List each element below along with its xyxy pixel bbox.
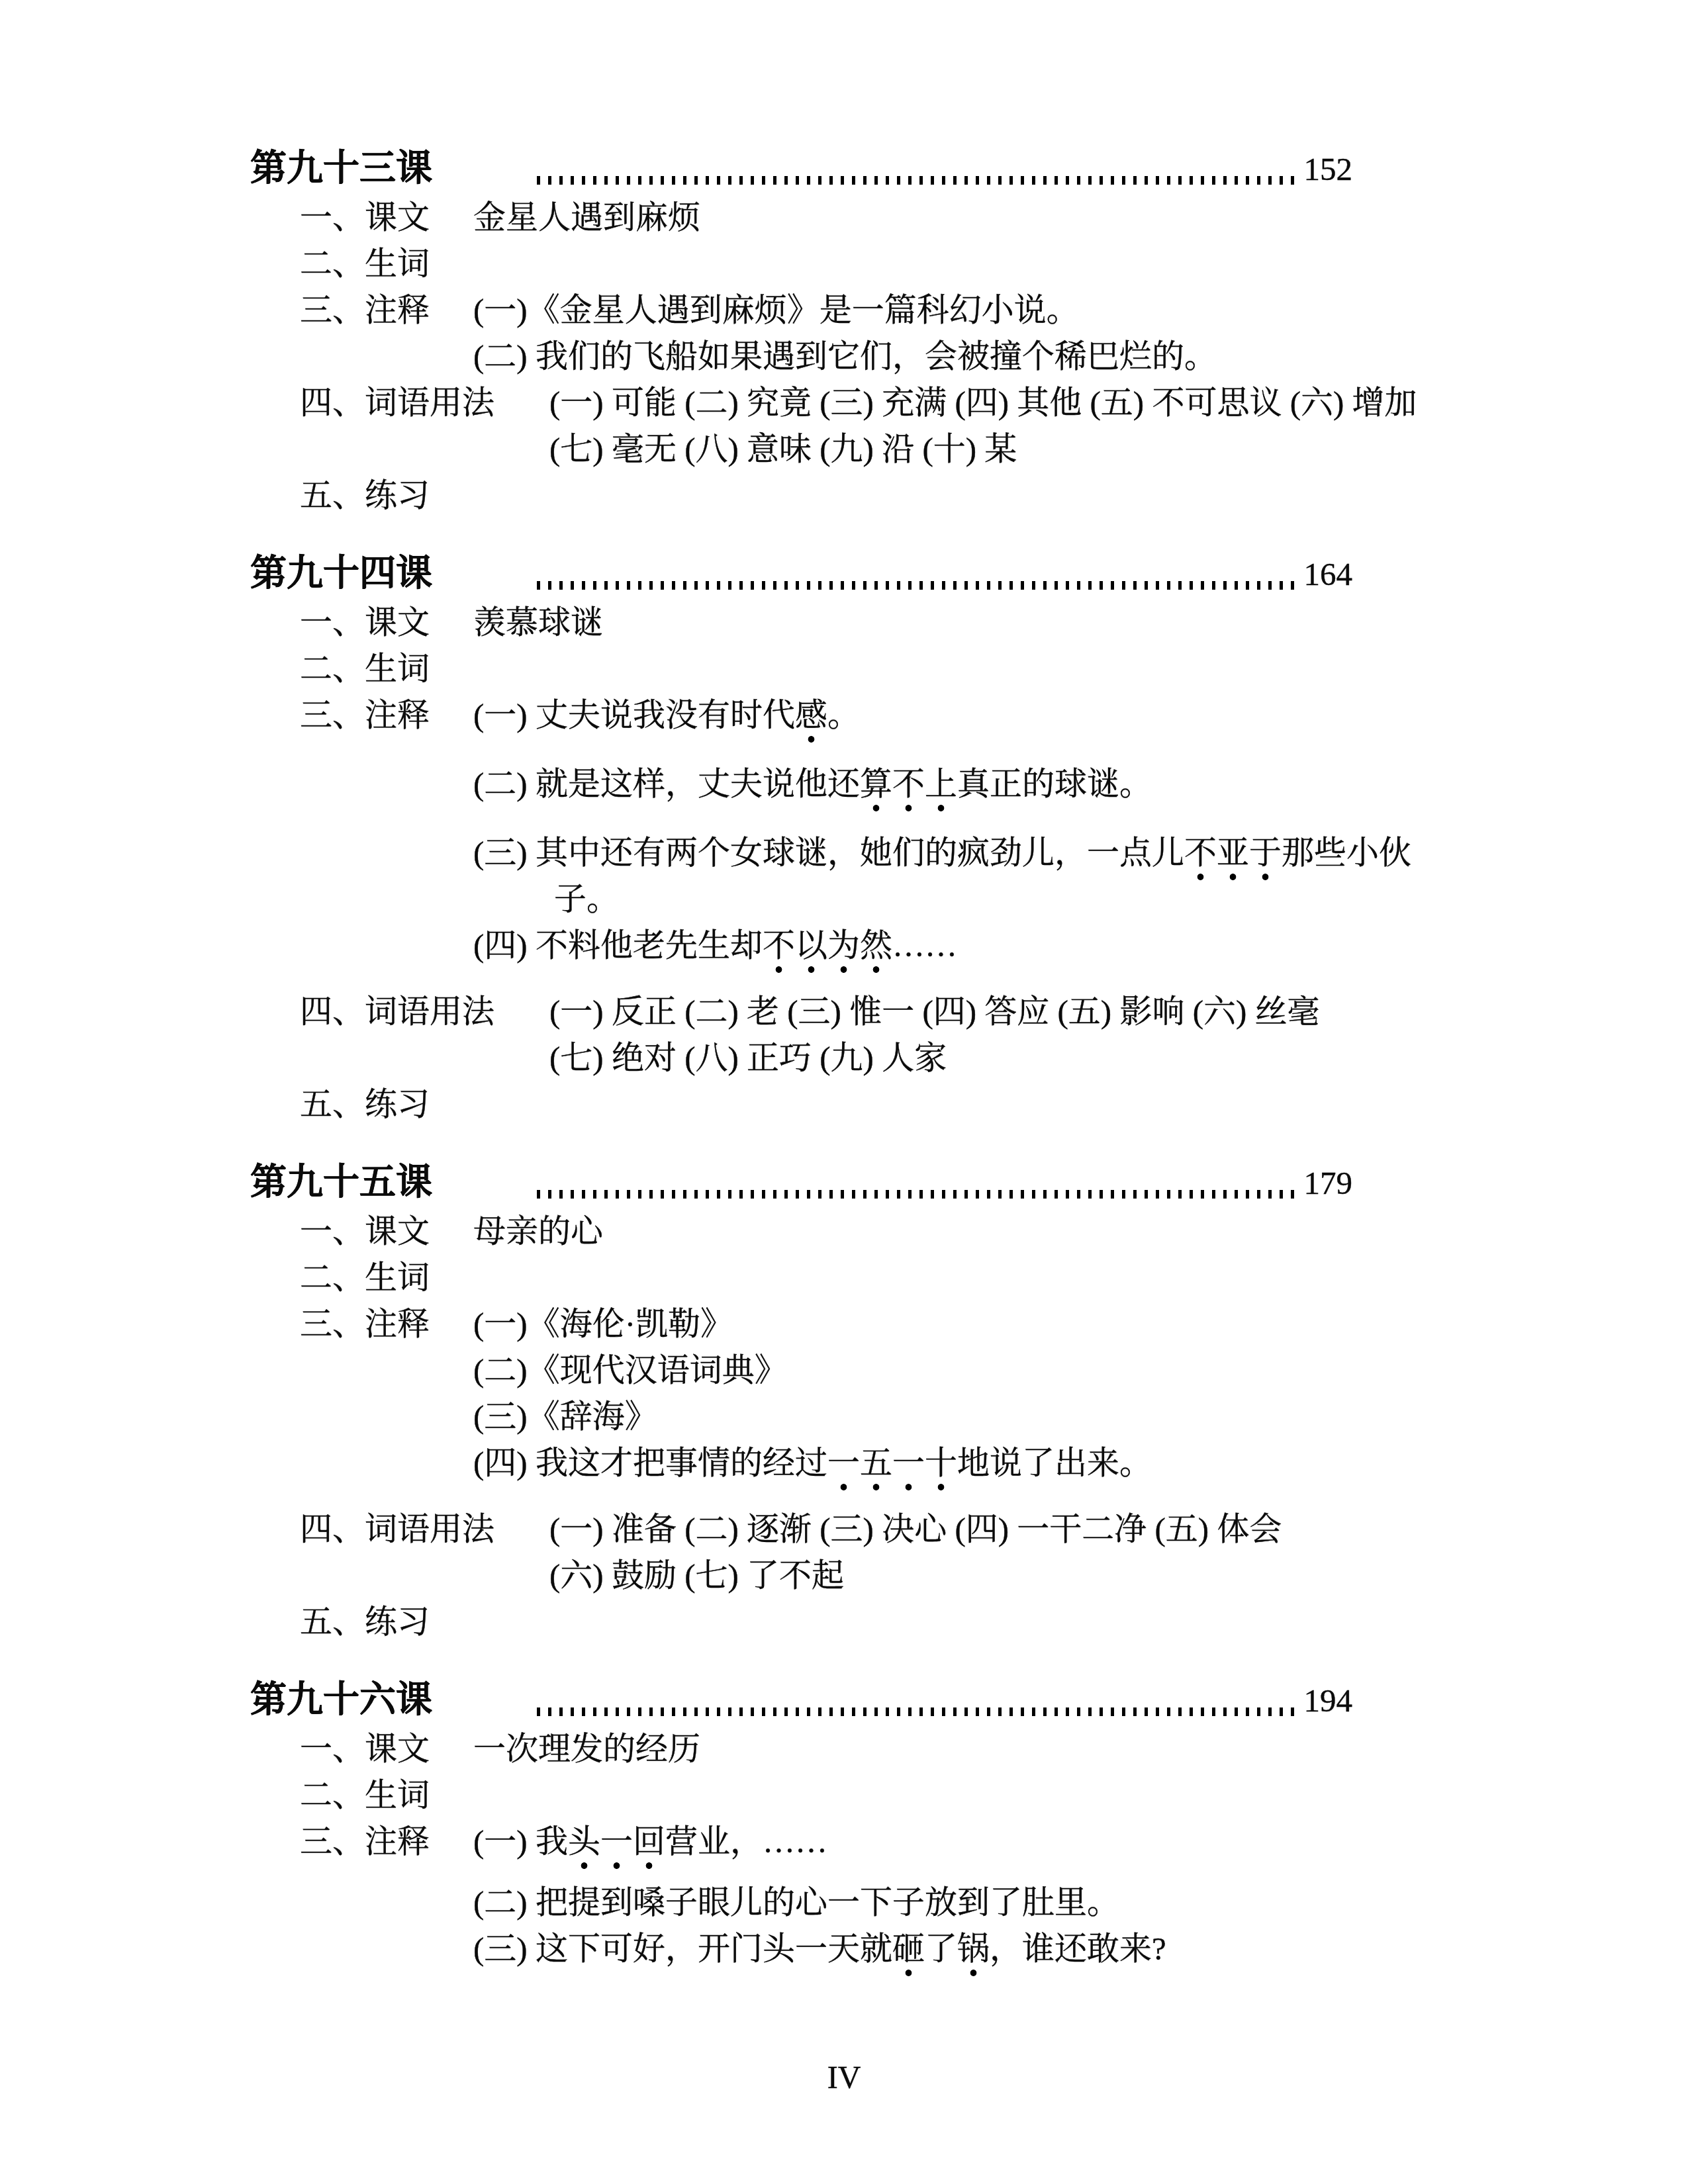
lesson-number-title: 第九十五课 bbox=[250, 1157, 432, 1207]
emphasis-dots: 砸 bbox=[892, 1931, 925, 1979]
lesson-page-ref: 179 bbox=[1304, 1158, 1353, 1208]
lesson-page-ref: 164 bbox=[1304, 549, 1353, 600]
note-line: (二) 就是这样，丈夫说他还算不上真正的球谜。 bbox=[473, 761, 1411, 807]
lesson-number-title: 第九十四课 bbox=[250, 548, 432, 598]
lesson-heading: 第九十四课164 bbox=[250, 548, 1352, 600]
item-lines: (一) 丈夫说我没有时代感。(二) 就是这样，丈夫说他还算不上真正的球谜。(三)… bbox=[473, 692, 1411, 969]
emphasis-dots: 锅 bbox=[957, 1931, 990, 1979]
toc-page: 第九十三课152一、课文金星人遇到麻烦二、生词三、注释(一)《金星人遇到麻烦》是… bbox=[0, 0, 1688, 2184]
item-label: 三、注释 bbox=[300, 287, 473, 334]
words-line: (一) 反正 (二) 老 (三) 惟一 (四) 答应 (五) 影响 (六) 丝毫 bbox=[549, 989, 1320, 1035]
note-line: (四) 我这才把事情的经过一五一十地说了出来。 bbox=[473, 1440, 1152, 1486]
dotted-leader bbox=[537, 581, 1294, 590]
note-line: (一) 我头一回营业，…… bbox=[473, 1819, 1166, 1865]
emphasis-dots: 感 bbox=[795, 697, 827, 745]
item-label: 五、练习 bbox=[300, 1081, 473, 1128]
toc-item: 二、生词 bbox=[300, 646, 1415, 692]
words-line: (一) 准备 (二) 逐渐 (三) 决心 (四) 一干二净 (五) 体会 bbox=[549, 1506, 1282, 1553]
item-lines: (一)《海伦·凯勒》(二)《现代汉语词典》(三)《辞海》(四) 我这才把事情的经… bbox=[473, 1301, 1152, 1486]
lesson-text-title: 金星人遇到麻烦 bbox=[473, 195, 700, 241]
page-number-roman: IV bbox=[0, 2055, 1688, 2101]
words-line: (七) 绝对 (八) 正巧 (九) 人家 bbox=[549, 1035, 1320, 1081]
item-label: 五、练习 bbox=[300, 473, 473, 519]
note-line: (二) 把提到嗓子眼儿的心一下子放到了肚里。 bbox=[473, 1880, 1166, 1926]
scanned-toc-page: { "lessons": [ { "title": "第九十三课", "page… bbox=[0, 0, 1688, 2184]
emphasis-dots: 算不上 bbox=[860, 766, 957, 814]
item-lines: (一) 可能 (二) 究竟 (三) 充满 (四) 其他 (五) 不可思议 (六)… bbox=[549, 380, 1415, 473]
emphasis-dots: 一五一十 bbox=[827, 1445, 957, 1493]
toc-item: 一、课文母亲的心 bbox=[300, 1208, 1415, 1255]
dotted-leader bbox=[537, 1190, 1294, 1199]
item-lines: (一) 准备 (二) 逐渐 (三) 决心 (四) 一干二净 (五) 体会(六) … bbox=[549, 1506, 1282, 1599]
item-label: 三、注释 bbox=[300, 1819, 473, 1865]
item-label: 一、课文 bbox=[300, 1208, 473, 1255]
toc-item: 二、生词 bbox=[300, 1772, 1415, 1819]
item-label: 四、词语用法 bbox=[300, 380, 549, 426]
emphasis-dots: 不以为然 bbox=[763, 927, 892, 976]
toc-item: 二、生词 bbox=[300, 1255, 1415, 1301]
toc-item: 四、词语用法(一) 准备 (二) 逐渐 (三) 决心 (四) 一干二净 (五) … bbox=[300, 1506, 1415, 1599]
item-label: 一、课文 bbox=[300, 600, 473, 646]
item-label: 一、课文 bbox=[300, 195, 473, 241]
words-line: (六) 鼓励 (七) 了不起 bbox=[549, 1553, 1282, 1599]
item-lines: (一)《金星人遇到麻烦》是一篇科幻小说。(二) 我们的飞船如果遇到它们，会被撞个… bbox=[473, 287, 1217, 380]
toc-lesson-list: 第九十三课152一、课文金星人遇到麻烦二、生词三、注释(一)《金星人遇到麻烦》是… bbox=[250, 143, 1415, 1972]
toc-item: 五、练习 bbox=[300, 473, 1415, 519]
dotted-leader bbox=[537, 176, 1294, 185]
lesson-page-ref: 194 bbox=[1304, 1676, 1353, 1726]
note-line: (一)《金星人遇到麻烦》是一篇科幻小说。 bbox=[473, 287, 1217, 334]
toc-item: 五、练习 bbox=[300, 1599, 1415, 1645]
toc-item: 一、课文金星人遇到麻烦 bbox=[300, 195, 1415, 241]
item-label: 四、词语用法 bbox=[300, 989, 549, 1035]
words-line: (一) 可能 (二) 究竟 (三) 充满 (四) 其他 (五) 不可思议 (六)… bbox=[549, 380, 1415, 426]
lesson-heading: 第九十三课152 bbox=[250, 143, 1352, 195]
toc-item: 三、注释(一)《金星人遇到麻烦》是一篇科幻小说。(二) 我们的飞船如果遇到它们，… bbox=[300, 287, 1415, 380]
words-line: (七) 毫无 (八) 意味 (九) 沿 (十) 某 bbox=[549, 426, 1415, 473]
item-label: 五、练习 bbox=[300, 1599, 473, 1645]
note-line: (二)《现代汉语词典》 bbox=[473, 1347, 1152, 1394]
note-line: (三)《辞海》 bbox=[473, 1394, 1152, 1440]
item-lines: (一) 反正 (二) 老 (三) 惟一 (四) 答应 (五) 影响 (六) 丝毫… bbox=[549, 989, 1320, 1081]
dotted-leader bbox=[537, 1707, 1294, 1716]
lesson-number-title: 第九十三课 bbox=[250, 143, 432, 193]
item-label: 二、生词 bbox=[300, 241, 473, 287]
item-label: 一、课文 bbox=[300, 1726, 473, 1772]
item-label: 三、注释 bbox=[300, 692, 473, 739]
toc-item: 三、注释(一)《海伦·凯勒》(二)《现代汉语词典》(三)《辞海》(四) 我这才把… bbox=[300, 1301, 1415, 1486]
lesson-number-title: 第九十六课 bbox=[250, 1674, 432, 1725]
lesson-heading: 第九十五课179 bbox=[250, 1157, 1352, 1208]
item-label: 三、注释 bbox=[300, 1301, 473, 1347]
lesson-text-title: 一次理发的经历 bbox=[473, 1726, 700, 1772]
lesson-text-title: 羡慕球谜 bbox=[473, 600, 603, 646]
toc-item: 二、生词 bbox=[300, 241, 1415, 287]
note-line: 子。 bbox=[554, 876, 1411, 923]
toc-item: 五、练习 bbox=[300, 1081, 1415, 1128]
item-label: 二、生词 bbox=[300, 1772, 473, 1819]
note-line: (一)《海伦·凯勒》 bbox=[473, 1301, 1152, 1347]
item-label: 四、词语用法 bbox=[300, 1506, 549, 1553]
lesson-text-title: 母亲的心 bbox=[473, 1208, 603, 1255]
lesson-page-ref: 152 bbox=[1304, 144, 1353, 195]
toc-item: 三、注释(一) 我头一回营业，……(二) 把提到嗓子眼儿的心一下子放到了肚里。(… bbox=[300, 1819, 1415, 1972]
toc-item: 四、词语用法(一) 可能 (二) 究竟 (三) 充满 (四) 其他 (五) 不可… bbox=[300, 380, 1415, 473]
toc-item: 三、注释(一) 丈夫说我没有时代感。(二) 就是这样，丈夫说他还算不上真正的球谜… bbox=[300, 692, 1415, 969]
note-line: (一) 丈夫说我没有时代感。 bbox=[473, 692, 1411, 739]
toc-item: 一、课文一次理发的经历 bbox=[300, 1726, 1415, 1772]
item-label: 二、生词 bbox=[300, 1255, 473, 1301]
item-lines: (一) 我头一回营业，……(二) 把提到嗓子眼儿的心一下子放到了肚里。(三) 这… bbox=[473, 1819, 1166, 1972]
emphasis-dots: 头一回 bbox=[568, 1823, 665, 1872]
toc-item: 一、课文羡慕球谜 bbox=[300, 600, 1415, 646]
note-line: (三) 这下可好，开门头一天就砸了锅，谁还敢来? bbox=[473, 1926, 1166, 1972]
toc-item: 四、词语用法(一) 反正 (二) 老 (三) 惟一 (四) 答应 (五) 影响 … bbox=[300, 989, 1415, 1081]
lesson-heading: 第九十六课194 bbox=[250, 1674, 1352, 1726]
note-line: (四) 不料他老先生却不以为然…… bbox=[473, 923, 1411, 969]
item-label: 二、生词 bbox=[300, 646, 473, 692]
note-line: (二) 我们的飞船如果遇到它们，会被撞个稀巴烂的。 bbox=[473, 334, 1217, 380]
note-line: (三) 其中还有两个女球谜，她们的疯劲儿，一点儿不亚于那些小伙 bbox=[473, 830, 1411, 876]
